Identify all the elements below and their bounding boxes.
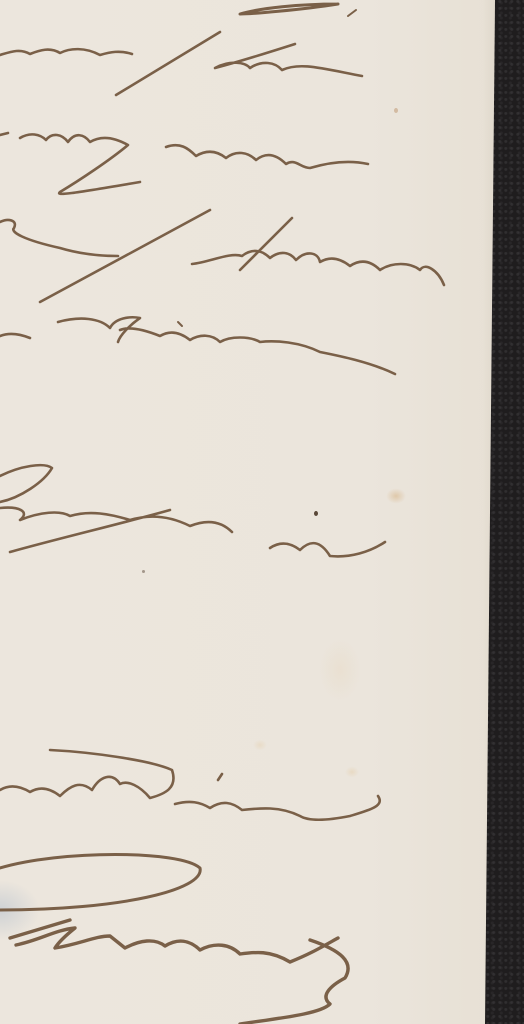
paper-speck (394, 108, 398, 113)
ink-speck (142, 570, 145, 573)
ink-speck (314, 511, 318, 516)
text-line-3: …de / hoopende (0, 228, 326, 274)
text-line-2: …my naar (0, 124, 206, 170)
text-line-4: …r Vrinden (0, 318, 233, 364)
text-line-5: …spreek ik (0, 500, 227, 546)
ink-signature-loop (0, 855, 200, 911)
text-line-6: …oorzdinair (0, 770, 248, 816)
text-line-0: …e, (240, 0, 316, 28)
text-signature: …eman (0, 920, 151, 966)
text-line-1: …aan / den (0, 32, 227, 78)
